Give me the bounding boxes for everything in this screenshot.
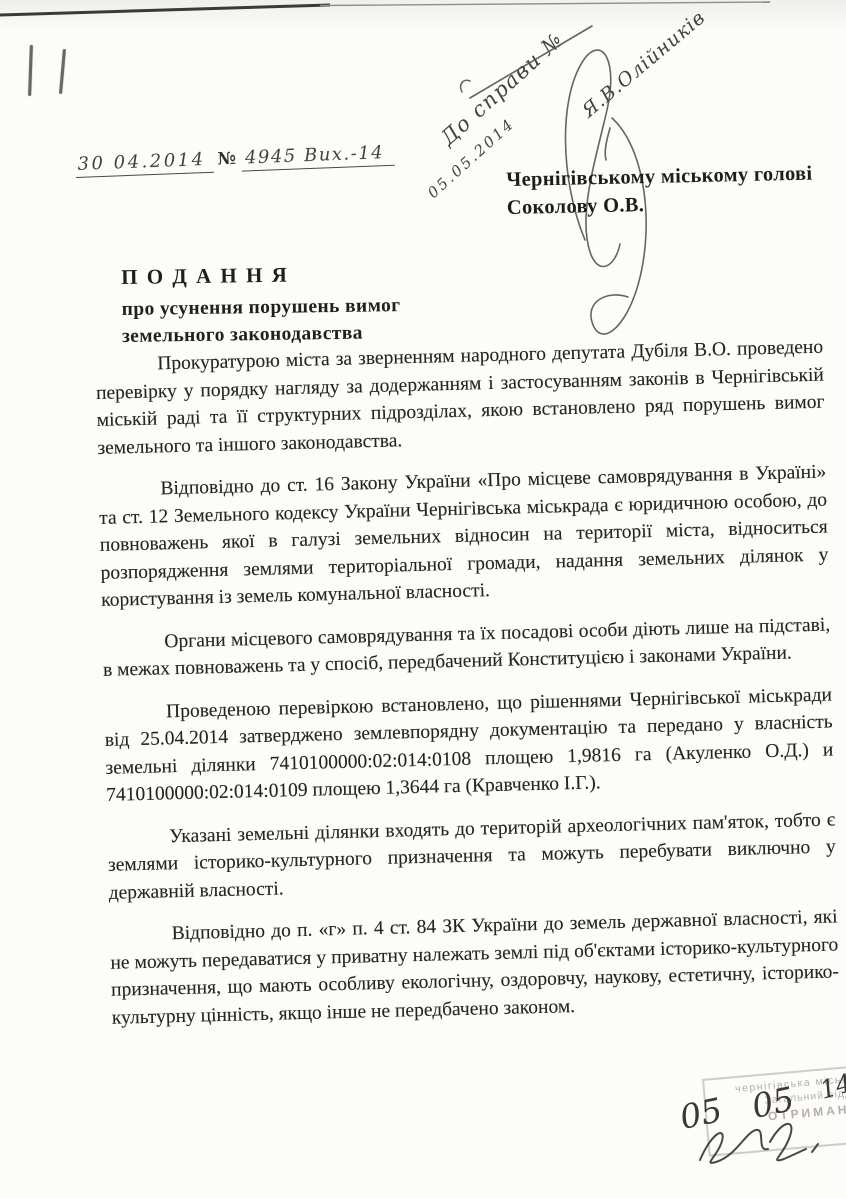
addressee-line: Соколову О.В.: [507, 188, 814, 222]
body-paragraph: Указані земельні ділянки входять до тери…: [107, 806, 837, 907]
body-paragraph: Відповідно до п. «г» п. 4 ст. 84 ЗК Укра…: [109, 903, 840, 1031]
body-paragraph: Проведеною перевіркою встановлено, що рі…: [104, 681, 835, 809]
document-title: П О Д А Н Н Я: [121, 261, 400, 290]
addressee-block: Чернігівському міському голові Соколову …: [506, 160, 813, 222]
reference-date: 30 04.2014: [75, 149, 214, 178]
reference-number-symbol: №: [213, 149, 241, 170]
staple-mark: [59, 49, 66, 94]
scanned-page: 30 04.2014№4945 Вих.-14 До справи № 05.0…: [0, 0, 846, 1198]
scan-edge-artifact: [0, 0, 846, 30]
reference-line: 30 04.2014№4945 Вих.-14: [75, 142, 394, 175]
staple-mark: [28, 45, 33, 96]
document-body: Прокуратурою міста за зверненням народно…: [95, 334, 840, 1047]
routing-signature-name: Я.В.Олійників: [578, 6, 710, 122]
document-subtitle-line: про усунення порушень вимог: [121, 292, 400, 323]
reference-number: 4945 Вих.-14: [241, 142, 395, 172]
body-paragraph: Органи місцевого самоврядування та їх по…: [102, 611, 831, 684]
body-paragraph: Прокуратурою міста за зверненням народно…: [95, 334, 826, 462]
body-paragraph: Відповідно до ст. 16 Закону України «Про…: [98, 459, 829, 615]
document-title-block: П О Д А Н Н Я про усунення порушень вимо…: [121, 261, 401, 350]
